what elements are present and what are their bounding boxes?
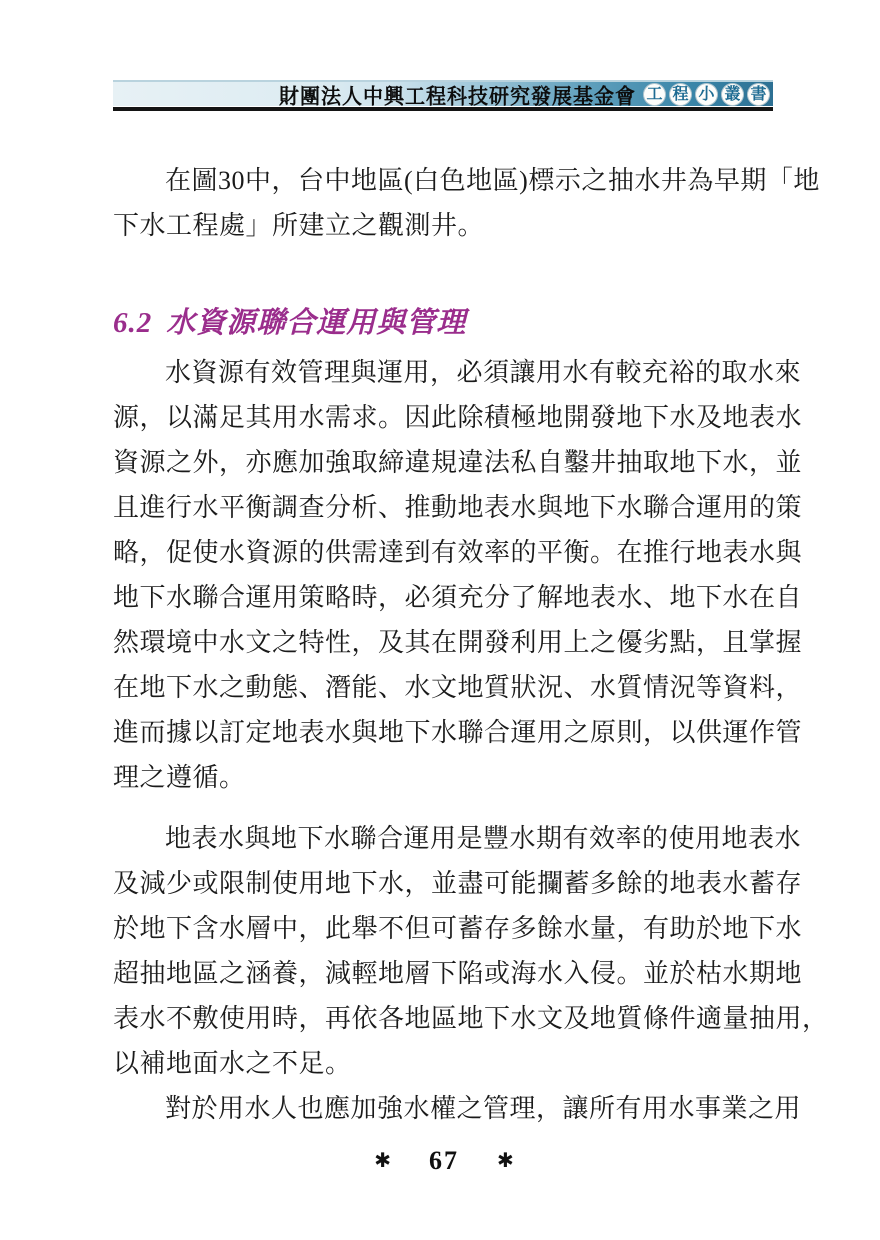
text-line: 且進行水平衡調查分析、推動地表水與地下水聯合運用的策 xyxy=(113,485,775,530)
text-line: 理之遵循。 xyxy=(113,755,775,800)
series-badge: 叢 xyxy=(721,83,744,106)
text-line: 及減少或限制使用地下水，並盡可能攔蓄多餘的地表水蓄存 xyxy=(113,861,775,906)
text-line: 然環境中水文之特性，及其在開發利用上之優劣點，且掌握 xyxy=(113,620,775,665)
section-number: 6.2 xyxy=(113,307,152,339)
page-footer: ✱67✱ xyxy=(113,1146,775,1176)
text-line: 下水工程處」所建立之觀測井。 xyxy=(113,203,775,248)
paragraph-water-rights: 對於用水人也應加強水權之管理，讓所有用水事業之用 xyxy=(113,1086,775,1131)
header-badges: 工程小叢書 xyxy=(643,83,770,106)
section-title: 水資源聯合運用與管理 xyxy=(166,307,466,339)
section-heading: 6.2水資源聯合運用與管理 xyxy=(113,300,775,341)
publisher-title: 財團法人中興工程科技研究發展基金會 xyxy=(279,79,636,109)
paragraph-conjunctive-use: 地表水與地下水聯合運用是豐水期有效率的使用地表水及減少或限制使用地下水，並盡可能… xyxy=(113,816,775,1086)
text-line: 在地下水之動態、潛能、水文地質狀況、水質情況等資料， xyxy=(113,665,775,710)
text-line: 資源之外，亦應加強取締違規違法私自鑿井抽取地下水，並 xyxy=(113,440,775,485)
text-line: 表水不敷使用時，再依各地區地下水文及地質條件適量抽用， xyxy=(113,996,775,1041)
page-number: 67 xyxy=(429,1146,459,1176)
text-line: 在圖30中，台中地區(白色地區)標示之抽水井為早期「地 xyxy=(113,158,775,203)
text-line: 以補地面水之不足。 xyxy=(113,1041,775,1086)
text-line: 對於用水人也應加強水權之管理，讓所有用水事業之用 xyxy=(113,1086,775,1131)
page-header: 財團法人中興工程科技研究發展基金會 工程小叢書 xyxy=(113,80,773,111)
paragraph-management: 水資源有效管理與運用，必須讓用水有較充裕的取水來源，以滿足其用水需求。因此除積極… xyxy=(113,350,775,800)
header-band: 財團法人中興工程科技研究發展基金會 工程小叢書 xyxy=(113,80,773,106)
series-badge: 小 xyxy=(695,83,718,106)
text-line: 地下水聯合運用策略時，必須充分了解地表水、地下水在自 xyxy=(113,575,775,620)
text-line: 略，促使水資源的供需達到有效率的平衡。在推行地表水與 xyxy=(113,530,775,575)
series-badge: 工 xyxy=(643,83,666,106)
text-line: 超抽地區之涵養，減輕地層下陷或海水入侵。並於枯水期地 xyxy=(113,951,775,996)
paragraph-intro: 在圖30中，台中地區(白色地區)標示之抽水井為早期「地下水工程處」所建立之觀測井… xyxy=(113,158,775,248)
footer-ornament-right: ✱ xyxy=(497,1150,514,1172)
document-page: 財團法人中興工程科技研究發展基金會 工程小叢書 在圖30中，台中地區(白色地區)… xyxy=(0,0,880,1240)
text-line: 源，以滿足其用水需求。因此除積極地開發地下水及地表水 xyxy=(113,395,775,440)
footer-ornament-left: ✱ xyxy=(374,1150,391,1172)
text-line: 進而據以訂定地表水與地下水聯合運用之原則，以供運作管 xyxy=(113,710,775,755)
text-line: 水資源有效管理與運用，必須讓用水有較充裕的取水來 xyxy=(113,350,775,395)
series-badge: 書 xyxy=(747,83,770,106)
text-line: 地表水與地下水聯合運用是豐水期有效率的使用地表水 xyxy=(113,816,775,861)
series-badge: 程 xyxy=(669,83,692,106)
text-line: 於地下含水層中，此舉不但可蓄存多餘水量，有助於地下水 xyxy=(113,906,775,951)
